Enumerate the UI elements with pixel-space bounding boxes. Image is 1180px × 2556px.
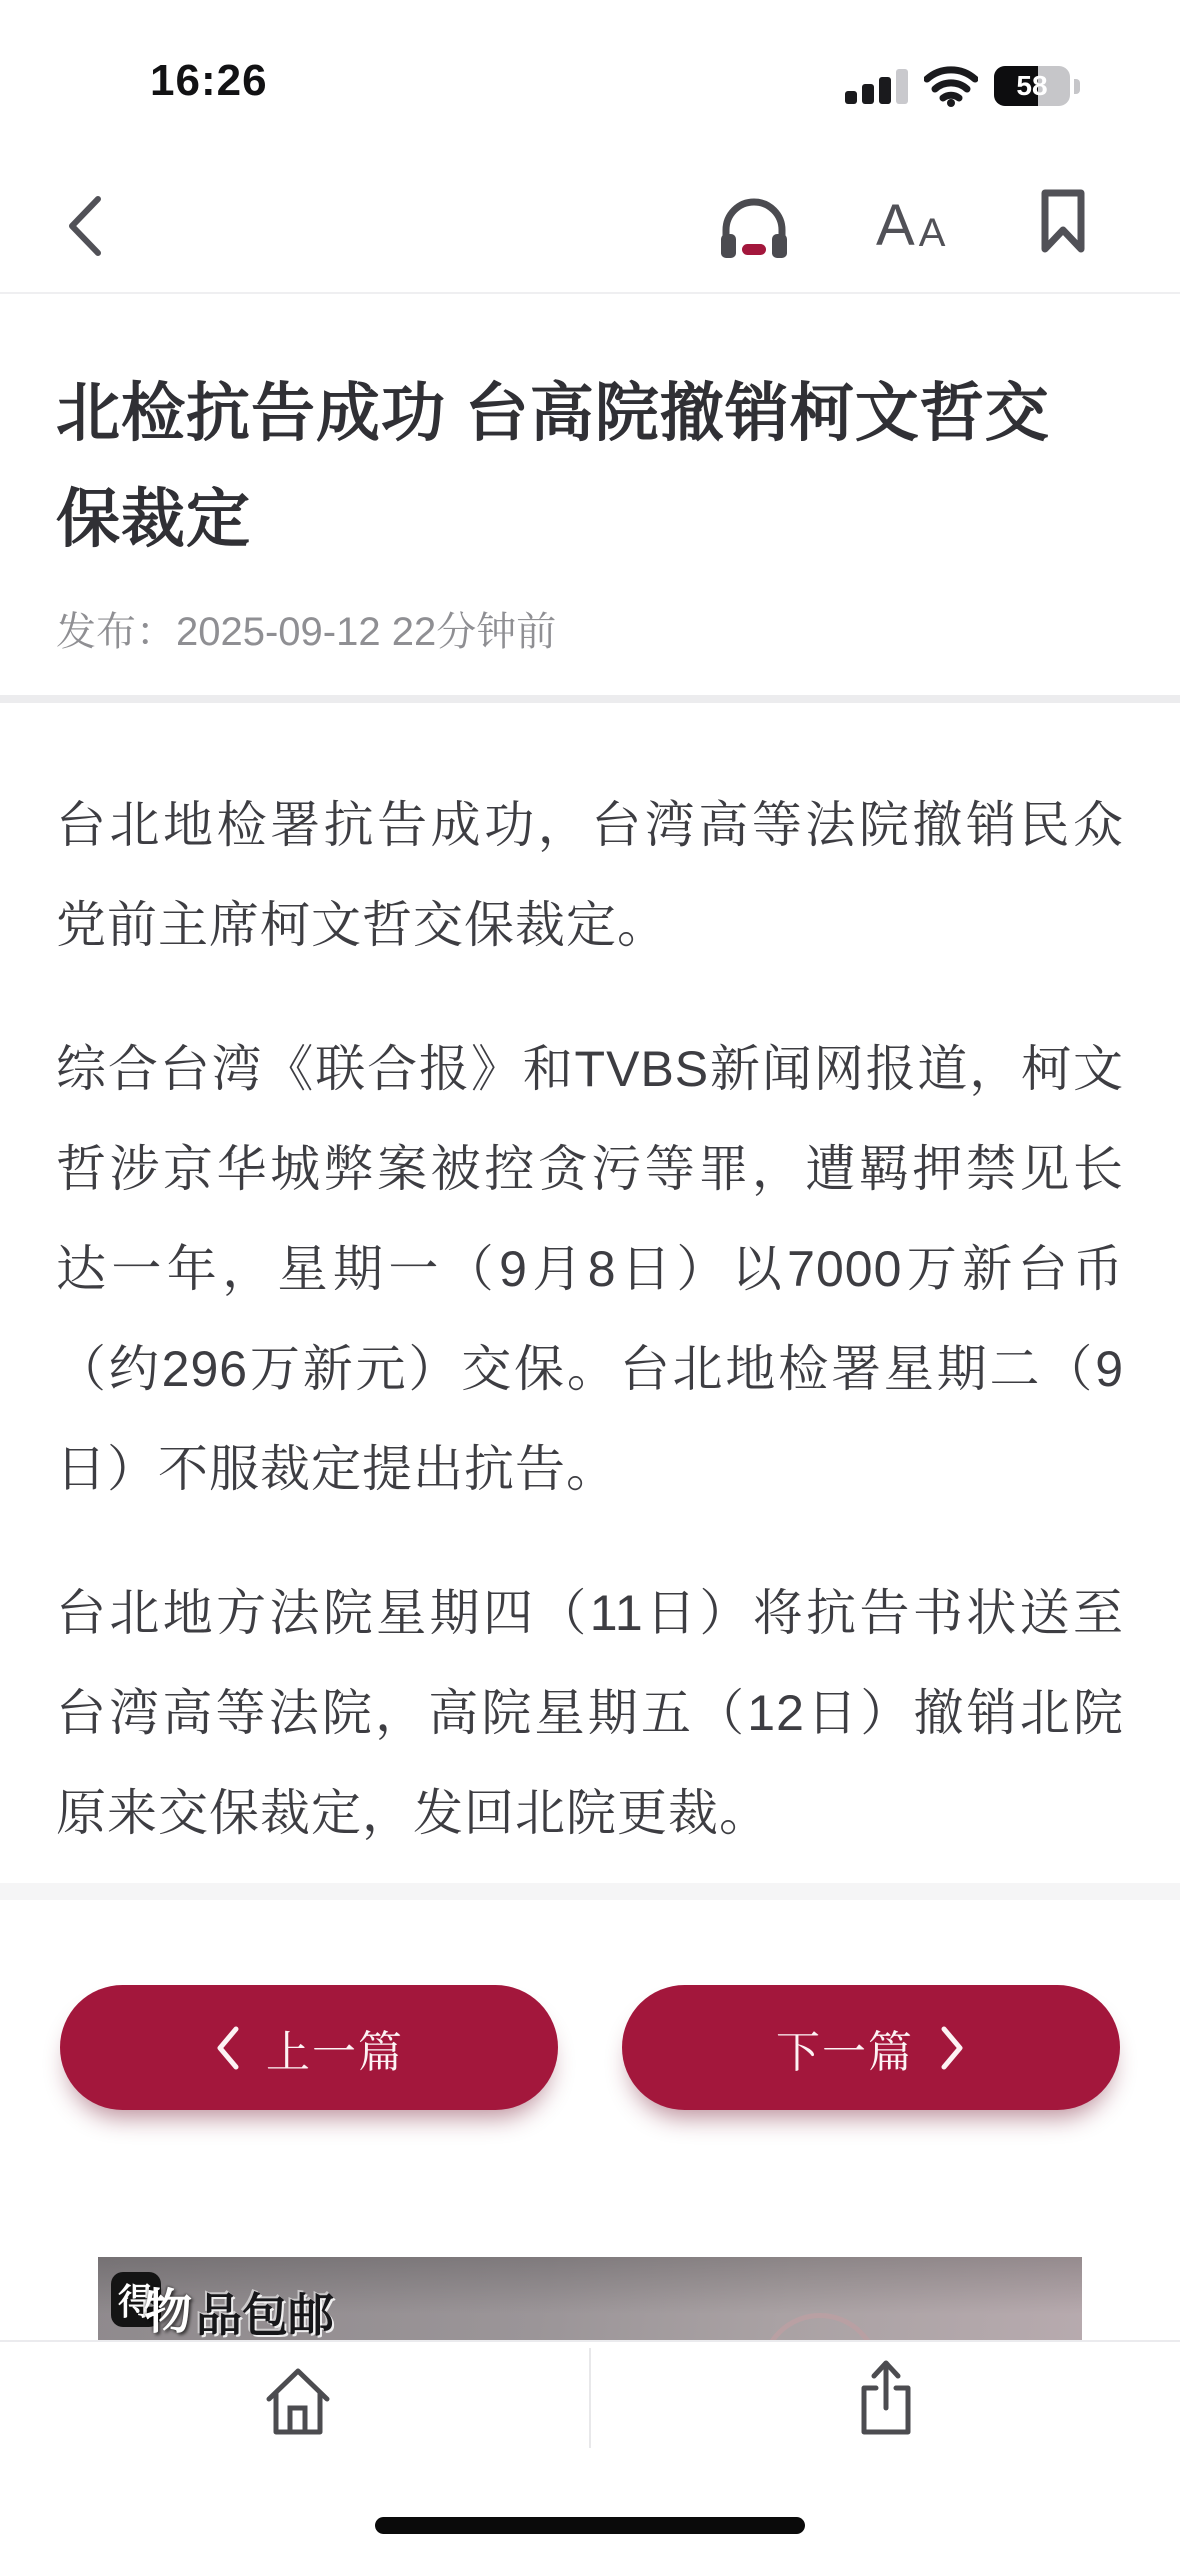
status-bar: 16:26 58 <box>0 0 1180 160</box>
next-article-label: 下一篇 <box>776 2016 914 2080</box>
article-paragraph: 台北地检署抗告成功，台湾高等法院撤销民众党前主席柯文哲交保裁定。 <box>56 775 1124 975</box>
font-size-icon[interactable]: A A <box>876 190 986 262</box>
home-indicator[interactable] <box>375 2517 805 2534</box>
ad-brand-overlay-text: 物 <box>144 2273 192 2342</box>
chevron-left-icon <box>214 2025 240 2071</box>
section-divider-band <box>0 1883 1180 1900</box>
article-paragraph: 综合台湾《联合报》和TVBS新闻网报道，柯文哲涉京华城弊案被控贪污等罪，遭羁押禁… <box>56 1019 1124 1519</box>
meta-divider <box>0 695 1180 703</box>
next-article-button[interactable]: 下一篇 <box>622 1985 1120 2110</box>
font-size-small-a: A <box>919 204 946 262</box>
bottom-toolbar <box>0 2340 1180 2556</box>
bookmark-icon[interactable] <box>1038 188 1088 254</box>
battery-nub <box>1074 79 1080 94</box>
status-time: 16:26 <box>150 56 268 106</box>
battery-icon: 58 <box>994 66 1070 106</box>
status-icons: 58 <box>845 64 1080 108</box>
previous-article-button[interactable]: 上一篇 <box>60 1985 558 2110</box>
wifi-icon <box>924 65 978 107</box>
cellular-signal-icon <box>845 68 908 104</box>
article-body: 台北地检署抗告成功，台湾高等法院撤销民众党前主席柯文哲交保裁定。 综合台湾《联合… <box>0 775 1180 1863</box>
chevron-right-icon <box>940 2025 966 2071</box>
home-icon[interactable] <box>263 2366 333 2438</box>
ad-banner[interactable]: 得 物 品包邮 <box>98 2257 1082 2345</box>
news-article-screen: 16:26 58 <box>0 0 1180 2556</box>
audio-badge <box>742 244 766 255</box>
font-size-large-a: A <box>876 190 915 262</box>
nav-bar: A A <box>0 160 1180 294</box>
ad-headline: 品包邮 <box>196 2279 334 2345</box>
publish-meta: 发布：2025-09-12 22分钟前 <box>56 600 1124 657</box>
article-pager: 上一篇 下一篇 <box>0 1985 1180 2110</box>
share-icon[interactable] <box>856 2358 916 2438</box>
article-title: 北检抗告成功 台高院撤销柯文哲交保裁定 <box>56 360 1056 572</box>
previous-article-label: 上一篇 <box>266 2016 404 2080</box>
toolbar-divider <box>589 2348 591 2448</box>
battery-percent: 58 <box>994 66 1070 106</box>
listen-headphones-icon[interactable] <box>716 188 792 264</box>
article-paragraph: 台北地方法院星期四（11日）将抗告书状送至台湾高等法院，高院星期五（12日）撤销… <box>56 1563 1124 1863</box>
back-icon[interactable] <box>64 194 106 258</box>
